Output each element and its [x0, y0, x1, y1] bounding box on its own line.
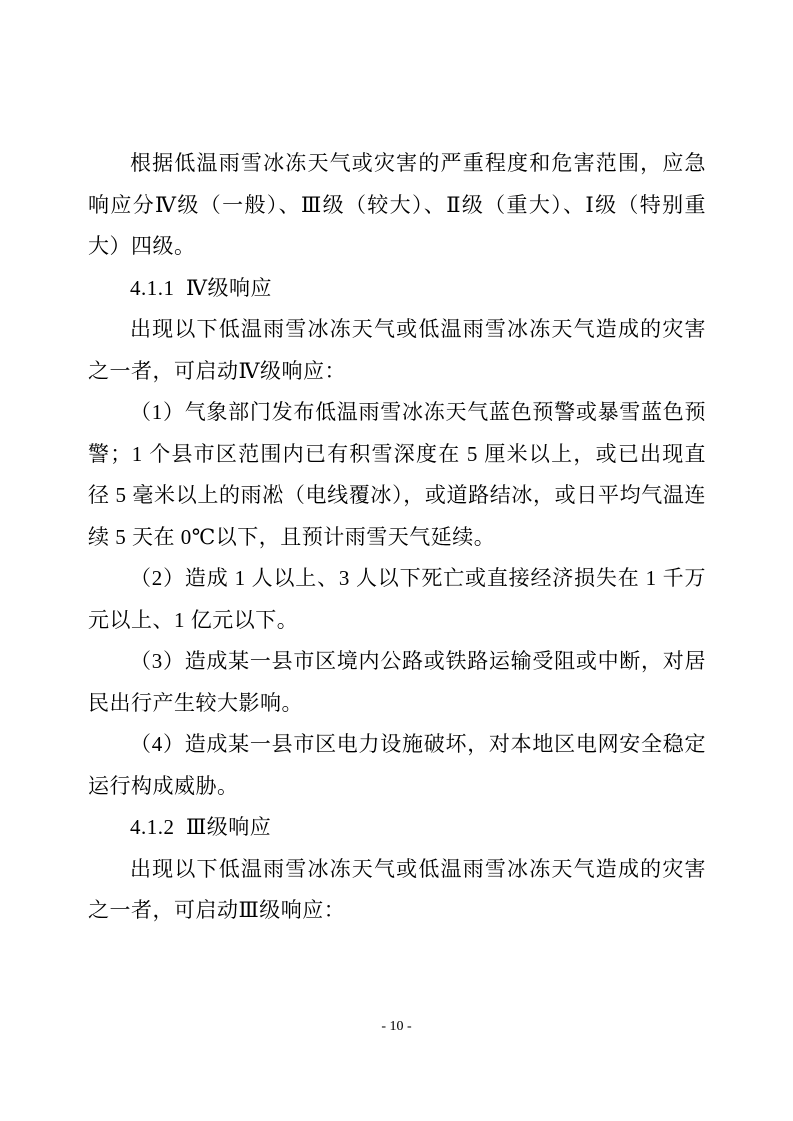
paragraph: （4）造成某一县市区电力设施破坏，对本地区电网安全稳定运行构成威胁。: [88, 724, 706, 807]
paragraph: （3）造成某一县市区境内公路或铁路运输受阻或中断，对居民出行产生较大影响。: [88, 641, 706, 724]
document-page: 根据低温雨雪冰冻天气或灾害的严重程度和危害范围，应急响应分Ⅳ级（一般）、Ⅲ级（较…: [0, 0, 793, 1121]
paragraph: 出现以下低温雨雪冰冻天气或低温雨雪冰冻天气造成的灾害之一者，可启动Ⅳ级响应：: [88, 309, 706, 392]
paragraph: （1）气象部门发布低温雨雪冰冻天气蓝色预警或暴雪蓝色预警；1 个县市区范围内已有…: [88, 392, 706, 558]
section-heading: 4.1.2 Ⅲ级响应: [88, 807, 706, 849]
paragraph: 根据低温雨雪冰冻天气或灾害的严重程度和危害范围，应急响应分Ⅳ级（一般）、Ⅲ级（较…: [88, 143, 706, 268]
section-heading: 4.1.1 Ⅳ级响应: [88, 268, 706, 310]
paragraph: （2）造成 1 人以上、3 人以下死亡或直接经济损失在 1 千万元以上、1 亿元…: [88, 558, 706, 641]
page-number: - 10 -: [0, 1019, 793, 1035]
paragraph: 出现以下低温雨雪冰冻天气或低温雨雪冰冻天气造成的灾害之一者，可启动Ⅲ级响应：: [88, 849, 706, 932]
document-body: 根据低温雨雪冰冻天气或灾害的严重程度和危害范围，应急响应分Ⅳ级（一般）、Ⅲ级（较…: [88, 143, 706, 932]
